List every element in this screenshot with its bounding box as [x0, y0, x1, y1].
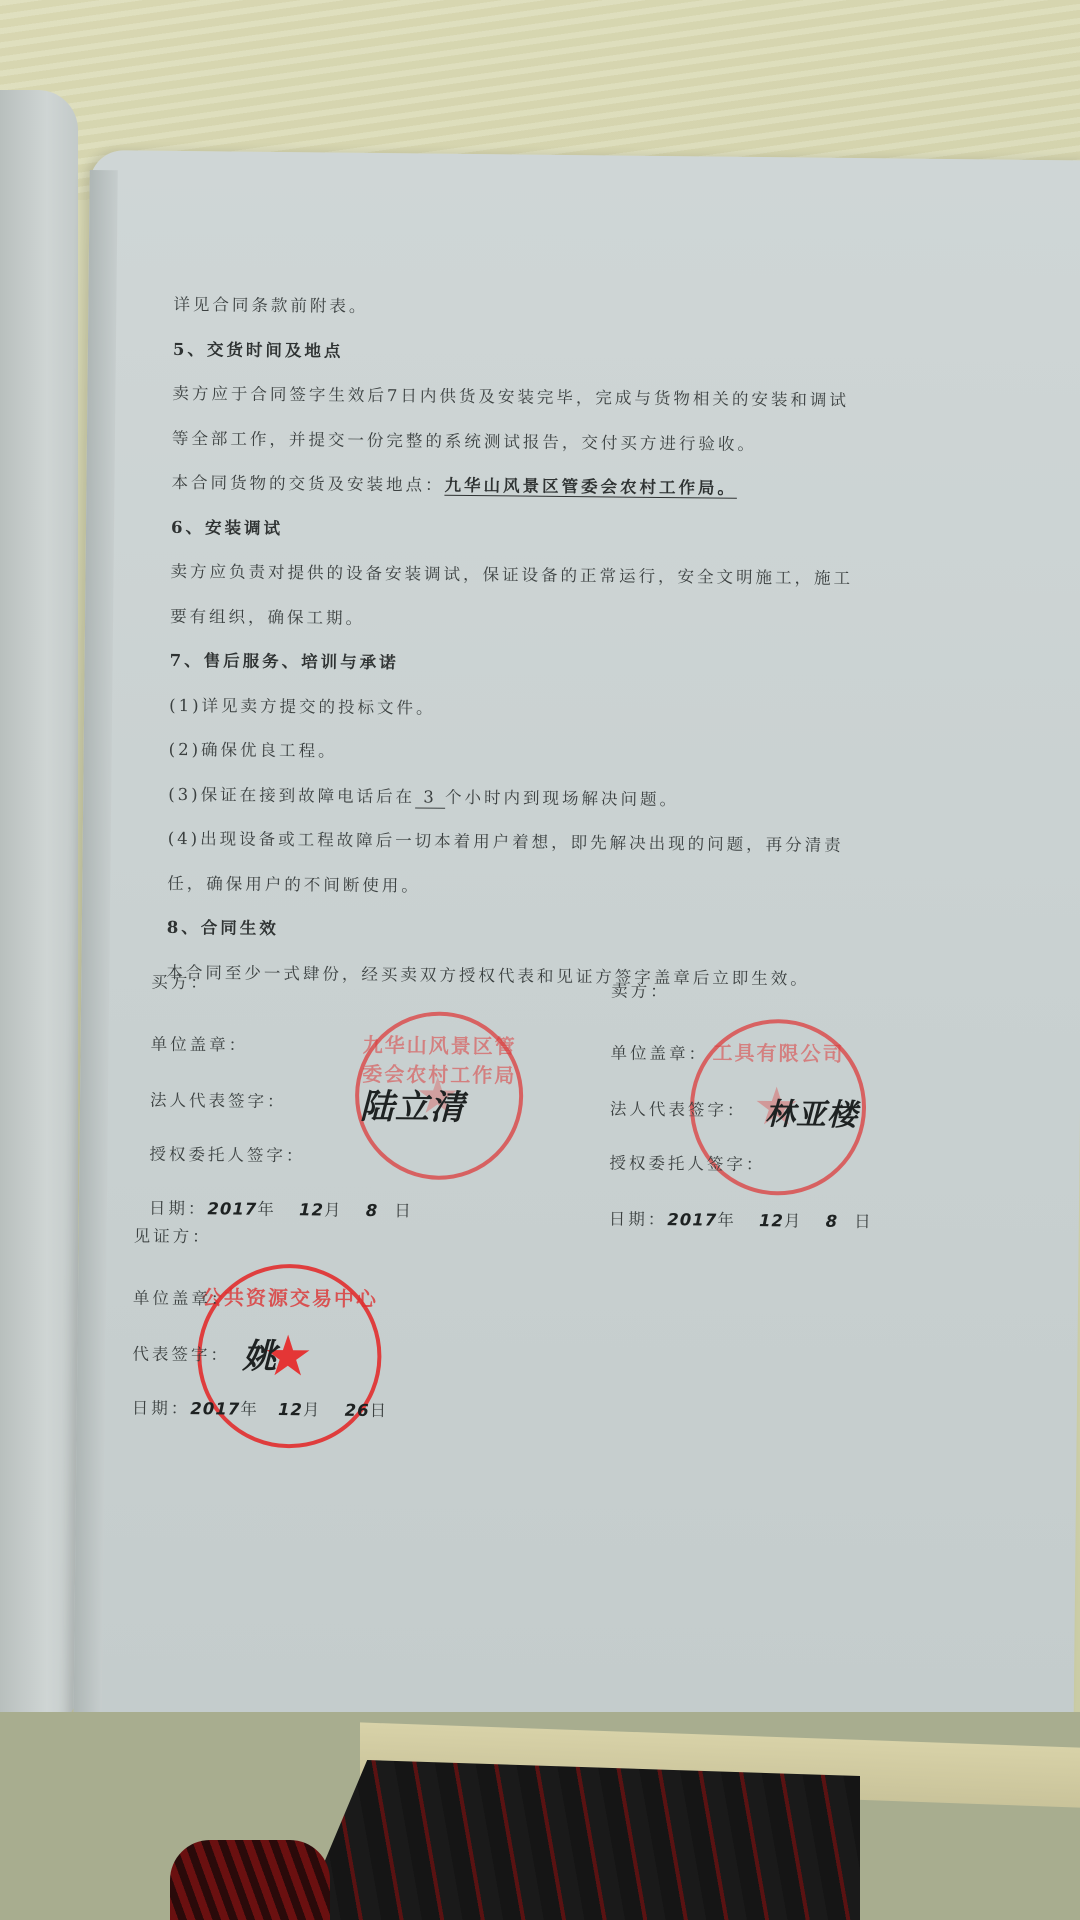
- witness-signature-block: 公共资源交易中心 ★ 见证方： 单位盖章： 代表签字： 姚 日期：2017年 1…: [131, 1223, 553, 1467]
- witness-rep-label: 代表签字：: [132, 1341, 230, 1366]
- seller-title: 卖方：: [611, 978, 670, 1003]
- delivery-location: 九华山风景区管委会农村工作局。: [444, 476, 737, 498]
- witness-rep-signature: 姚: [242, 1329, 278, 1378]
- witness-date: 日期：2017年 12月 26日: [132, 1395, 390, 1422]
- buyer-authorized-label: 授权委托人签字：: [149, 1141, 305, 1167]
- seller-legal-rep-label: 法人代表签字：: [610, 1095, 747, 1120]
- seller-legal-rep-signature: 林亚楼: [765, 1089, 858, 1134]
- text-line: 卖方应负责对提供的设备安装调试，保证设备的正常运行，安全文明施工，施工: [170, 550, 970, 603]
- buyer-date: 日期：2017年 12月 8日: [149, 1195, 414, 1222]
- seller-seal-label: 单位盖章：: [610, 1040, 708, 1065]
- text-line: 详见合同条款前附表。: [173, 283, 973, 336]
- seller-signature-block: 工具有限公司 ★ 卖方： 单位盖章： 法人代表签字： 林亚楼 授权委托人签字： …: [609, 978, 1031, 1212]
- seller-date: 日期：2017年 12月 8日: [609, 1205, 874, 1232]
- background-fabric-red: [170, 1840, 330, 1920]
- witness-seal-label: 单位盖章：: [133, 1285, 231, 1310]
- page-gutter: [73, 170, 117, 1730]
- section-heading-after-sales: 7、售后服务、培训与承诺: [169, 639, 969, 692]
- delivery-location-line: 本合同货物的交货及安装地点：九华山风景区管委会农村工作局。: [171, 461, 971, 514]
- buyer-legal-rep-label: 法人代表签字：: [150, 1087, 287, 1112]
- buyer-seal-label: 单位盖章：: [151, 1031, 249, 1056]
- buyer-title: 买方：: [151, 969, 210, 994]
- text-line: 卖方应于合同签字生效后7日内供货及安装完毕，完成与货物相关的安装和调试: [172, 372, 972, 425]
- contract-page: 详见合同条款前附表。 5、交货时间及地点 卖方应于合同签字生效后7日内供货及安装…: [73, 150, 1080, 1750]
- binder-back-pages: [0, 90, 78, 1730]
- response-hours-blank: 3: [415, 787, 445, 808]
- witness-title: 见证方：: [134, 1223, 212, 1248]
- background-fabric: [300, 1760, 860, 1920]
- text-line: (2)确保优良工程。: [168, 728, 968, 781]
- seller-authorized-label: 授权委托人签字：: [609, 1149, 765, 1175]
- text-line: (4)出现设备或工程故障后一切本着用户着想，即先解决出现的问题，再分清责: [168, 817, 968, 870]
- text-line: 任，确保用户的不间断使用。: [167, 861, 967, 914]
- contract-body: 详见合同条款前附表。 5、交货时间及地点 卖方应于合同签字生效后7日内供货及安装…: [166, 283, 973, 1003]
- buyer-signature-block: 九华山风景区管委会农村工作局 ★ 买方： 单位盖章： 法人代表签字： 陆立清 授…: [149, 969, 571, 1203]
- buyer-legal-rep-signature: 陆立清: [360, 1079, 466, 1129]
